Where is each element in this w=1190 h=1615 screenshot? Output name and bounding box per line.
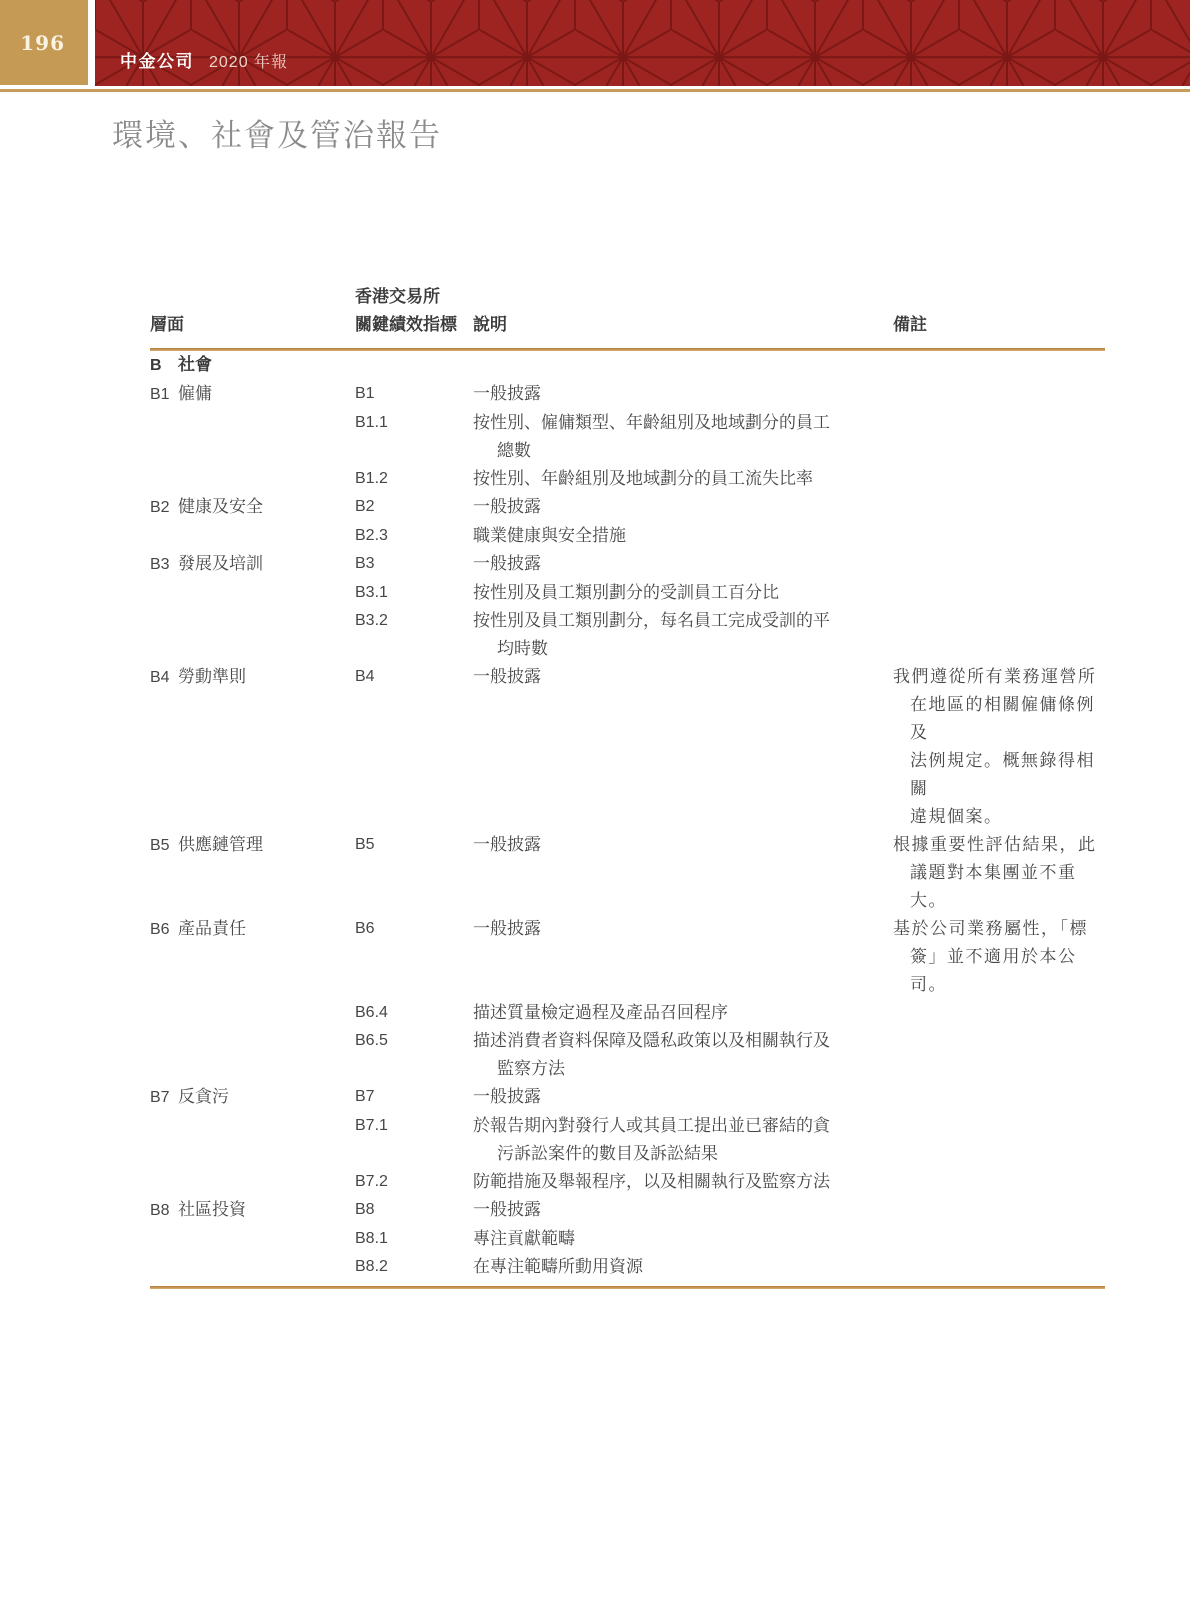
description-cell: 一般披露 (473, 1083, 893, 1112)
kpi-cell: B4 (355, 663, 473, 831)
aspect-cell (150, 607, 355, 663)
kpi-cell: B7.2 (355, 1168, 473, 1196)
remark-cell (893, 579, 1105, 607)
table-row: B1.1按性別、僱傭類型、年齡組別及地域劃分的員工 總數 (150, 409, 1105, 465)
esg-kpi-table: 香港交易所 層面 關鍵績效指標 說明 備註 B社會B1僱傭B1一般披露B1.1按… (150, 283, 1105, 1289)
aspect-cell: B7反貪污 (150, 1083, 355, 1112)
table-row: B6產品責任B6一般披露基於公司業務屬性，「標 簽」並不適用於本公司。 (150, 915, 1105, 999)
kpi-cell: B1.1 (355, 409, 473, 465)
page-number: 196 (20, 31, 65, 55)
header-description: 說明 (473, 311, 893, 339)
table-row: B7.2防範措施及舉報程序，以及相關執行及監察方法 (150, 1168, 1105, 1196)
page-title: 環境、社會及管治報告 (112, 110, 442, 155)
aspect-label: 社區投資 (178, 1200, 246, 1219)
table-header-line1: 香港交易所 (150, 283, 1105, 311)
aspect-code: B8 (150, 1197, 178, 1225)
remark-cell: 我們遵從所有業務運營所 在地區的相關僱傭條例及 法例規定。概無錄得相關 違規個案… (893, 663, 1105, 831)
table-row: B8.2在專注範疇所動用資源 (150, 1253, 1105, 1281)
remark-cell: 根據重要性評估結果，此 議題對本集團並不重大。 (893, 831, 1105, 915)
remark-cell: 基於公司業務屬性，「標 簽」並不適用於本公司。 (893, 915, 1105, 999)
description-cell: 一般披露 (473, 915, 893, 999)
remark-cell (893, 607, 1105, 663)
kpi-cell: B3.2 (355, 607, 473, 663)
aspect-cell: B5供應鏈管理 (150, 831, 355, 915)
aspect-cell: B1僱傭 (150, 380, 355, 409)
aspect-code: B (150, 352, 178, 380)
description-cell: 按性別及員工類別劃分的受訓員工百分比 (473, 579, 893, 607)
remark-cell (893, 1253, 1105, 1281)
aspect-label: 反貪污 (178, 1087, 229, 1106)
table-row: B6.4描述質量檢定過程及產品召回程序 (150, 999, 1105, 1027)
description-cell: 按性別及員工類別劃分，每名員工完成受訓的平 均時數 (473, 607, 893, 663)
description-cell: 一般披露 (473, 1196, 893, 1225)
description-cell (473, 351, 893, 380)
remark-cell (893, 380, 1105, 409)
remark-cell (893, 1168, 1105, 1196)
aspect-label: 產品責任 (178, 919, 246, 938)
description-cell: 職業健康與安全措施 (473, 522, 893, 550)
table-row: B3發展及培訓B3一般披露 (150, 550, 1105, 579)
aspect-cell (150, 409, 355, 465)
remark-cell (893, 1225, 1105, 1253)
aspect-cell: B3發展及培訓 (150, 550, 355, 579)
kpi-cell: B2.3 (355, 522, 473, 550)
aspect-code: B7 (150, 1084, 178, 1112)
kpi-cell: B3 (355, 550, 473, 579)
description-cell: 於報告期內對發行人或其員工提出並已審結的貪 污訴訟案件的數目及訴訟結果 (473, 1112, 893, 1168)
table-row: B8.1專注貢獻範疇 (150, 1225, 1105, 1253)
aspect-cell: B6產品責任 (150, 915, 355, 999)
report-edition: 2020 年報 (209, 54, 288, 71)
kpi-cell: B8 (355, 1196, 473, 1225)
header-remarks: 備註 (893, 311, 1105, 339)
kpi-cell: B1 (355, 380, 473, 409)
kpi-cell: B1.2 (355, 465, 473, 493)
remark-cell (893, 522, 1105, 550)
table-row: B2健康及安全B2一般披露 (150, 493, 1105, 522)
aspect-cell (150, 579, 355, 607)
remark-cell (893, 1112, 1105, 1168)
description-cell: 專注貢獻範疇 (473, 1225, 893, 1253)
description-cell: 在專注範疇所動用資源 (473, 1253, 893, 1281)
aspect-cell (150, 1112, 355, 1168)
header-kpi-line2: 關鍵績效指標 (355, 311, 473, 339)
aspect-code: B2 (150, 494, 178, 522)
header-kpi-line1: 香港交易所 (355, 283, 473, 311)
description-cell: 一般披露 (473, 380, 893, 409)
description-cell: 一般披露 (473, 831, 893, 915)
description-cell: 一般披露 (473, 550, 893, 579)
header-spacer (150, 283, 355, 311)
table-row: B5供應鏈管理B5一般披露根據重要性評估結果，此 議題對本集團並不重大。 (150, 831, 1105, 915)
kpi-cell: B8.1 (355, 1225, 473, 1253)
company-name: 中金公司 (120, 52, 194, 71)
table-row: B1.2按性別、年齡組別及地域劃分的員工流失比率 (150, 465, 1105, 493)
aspect-cell (150, 1027, 355, 1083)
aspect-cell: B8社區投資 (150, 1196, 355, 1225)
description-cell: 描述消費者資料保障及隱私政策以及相關執行及 監察方法 (473, 1027, 893, 1083)
aspect-cell (150, 465, 355, 493)
kpi-cell: B6 (355, 915, 473, 999)
description-cell: 描述質量檢定過程及產品召回程序 (473, 999, 893, 1027)
aspect-cell (150, 1225, 355, 1253)
asanoha-pattern-graphic (95, 0, 1190, 86)
aspect-cell: B社會 (150, 351, 355, 380)
description-cell: 按性別、僱傭類型、年齡組別及地域劃分的員工 總數 (473, 409, 893, 465)
description-cell: 按性別、年齡組別及地域劃分的員工流失比率 (473, 465, 893, 493)
table-section-row: B社會 (150, 351, 1105, 380)
remark-cell (893, 409, 1105, 465)
description-cell: 一般披露 (473, 663, 893, 831)
aspect-label: 供應鏈管理 (178, 835, 263, 854)
page-number-box: 196 (0, 0, 88, 85)
table-body: B社會B1僱傭B1一般披露B1.1按性別、僱傭類型、年齡組別及地域劃分的員工 總… (150, 351, 1105, 1281)
table-bottom-rule (150, 1286, 1105, 1289)
table-header-line2: 層面 關鍵績效指標 說明 備註 (150, 311, 1105, 339)
aspect-label: 發展及培訓 (178, 554, 263, 573)
description-cell: 防範措施及舉報程序，以及相關執行及監察方法 (473, 1168, 893, 1196)
aspect-cell: B4勞動準則 (150, 663, 355, 831)
kpi-cell: B6.4 (355, 999, 473, 1027)
remark-cell (893, 999, 1105, 1027)
kpi-cell (355, 351, 473, 380)
aspect-label: 勞動準則 (178, 667, 246, 686)
kpi-cell: B7 (355, 1083, 473, 1112)
table-row: B3.2按性別及員工類別劃分，每名員工完成受訓的平 均時數 (150, 607, 1105, 663)
header-divider-rule (0, 89, 1190, 92)
header-banner: 中金公司2020 年報 (95, 0, 1190, 86)
aspect-code: B3 (150, 551, 178, 579)
banner-text: 中金公司2020 年報 (120, 47, 288, 72)
aspect-label: 僱傭 (178, 384, 212, 403)
aspect-cell (150, 1253, 355, 1281)
kpi-cell: B7.1 (355, 1112, 473, 1168)
aspect-label: 健康及安全 (178, 497, 263, 516)
description-cell: 一般披露 (473, 493, 893, 522)
aspect-cell (150, 1168, 355, 1196)
aspect-code: B4 (150, 664, 178, 692)
kpi-cell: B3.1 (355, 579, 473, 607)
remark-cell (893, 465, 1105, 493)
aspect-cell (150, 999, 355, 1027)
header-aspect: 層面 (150, 311, 355, 339)
aspect-cell: B2健康及安全 (150, 493, 355, 522)
remark-cell (893, 1196, 1105, 1225)
aspect-label: 社會 (178, 355, 212, 374)
kpi-cell: B5 (355, 831, 473, 915)
remark-cell (893, 1027, 1105, 1083)
kpi-cell: B2 (355, 493, 473, 522)
aspect-cell (150, 522, 355, 550)
aspect-code: B1 (150, 381, 178, 409)
remark-cell (893, 493, 1105, 522)
aspect-code: B6 (150, 916, 178, 944)
table-row: B4勞動準則B4一般披露我們遵從所有業務運營所 在地區的相關僱傭條例及 法例規定… (150, 663, 1105, 831)
table-row: B3.1按性別及員工類別劃分的受訓員工百分比 (150, 579, 1105, 607)
table-row: B1僱傭B1一般披露 (150, 380, 1105, 409)
table-row: B8社區投資B8一般披露 (150, 1196, 1105, 1225)
table-row: B6.5描述消費者資料保障及隱私政策以及相關執行及 監察方法 (150, 1027, 1105, 1083)
kpi-cell: B6.5 (355, 1027, 473, 1083)
table-row: B2.3職業健康與安全措施 (150, 522, 1105, 550)
kpi-cell: B8.2 (355, 1253, 473, 1281)
remark-cell (893, 1083, 1105, 1112)
table-row: B7.1於報告期內對發行人或其員工提出並已審結的貪 污訴訟案件的數目及訴訟結果 (150, 1112, 1105, 1168)
aspect-code: B5 (150, 832, 178, 860)
remark-cell (893, 550, 1105, 579)
remark-cell (893, 351, 1105, 380)
table-row: B7反貪污B7一般披露 (150, 1083, 1105, 1112)
